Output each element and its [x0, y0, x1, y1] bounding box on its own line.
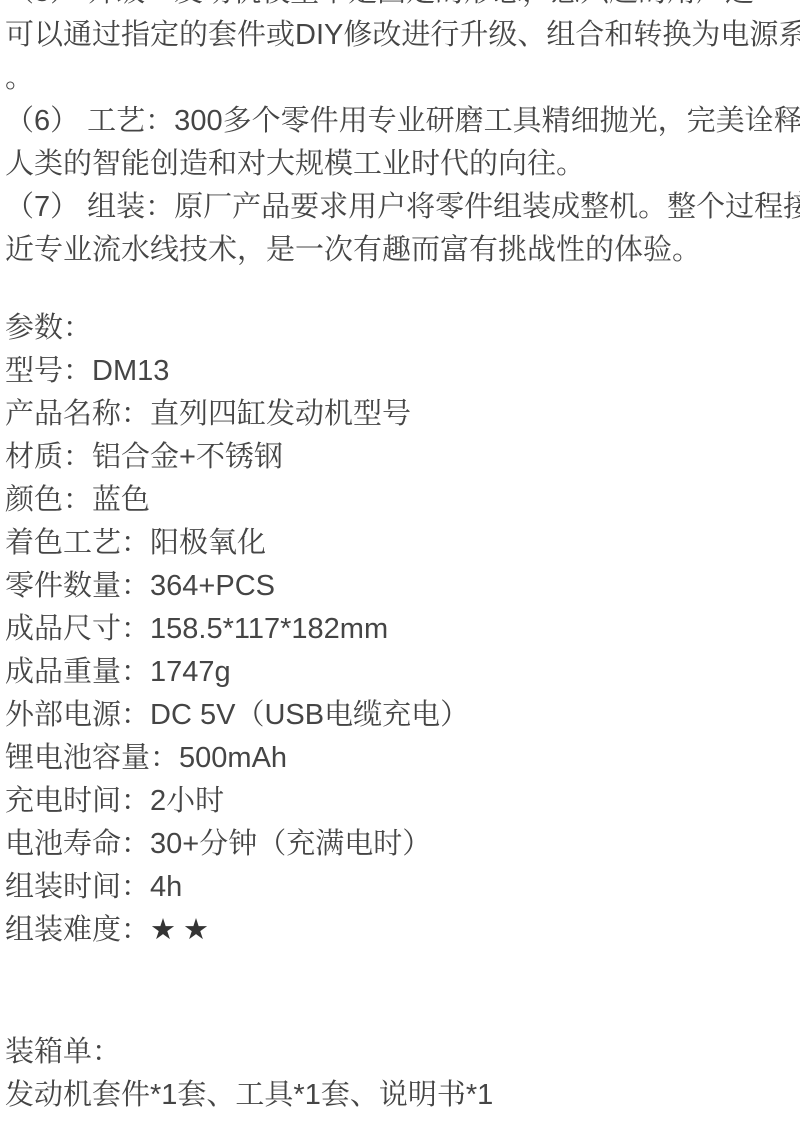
colon: ： — [121, 656, 150, 688]
param-value: 蓝色 — [92, 484, 150, 516]
spacer — [5, 272, 795, 307]
param-value: 364+PCS — [150, 570, 275, 602]
param-value: 直列四缸发动机型号 — [150, 398, 411, 430]
param-row-charge-time: 充电时间：2小时 — [5, 780, 795, 823]
colon: ： — [121, 785, 150, 817]
param-label: 成品尺寸 — [5, 613, 121, 645]
colon: ： — [121, 871, 150, 903]
colon: ： — [121, 699, 150, 731]
param-label: 着色工艺 — [5, 527, 121, 559]
param-label: 材质 — [5, 441, 63, 473]
param-label: 电池寿命 — [5, 828, 121, 860]
param-label: 锂电池容量 — [5, 742, 150, 774]
clipped-previous-line: （5） 升级：发动机模型不是固定的形态，感兴趣的用户还 — [5, 0, 795, 14]
param-value: 阳极氧化 — [150, 527, 266, 559]
param-value: 158.5*117*182mm — [150, 613, 388, 645]
colon: ： — [63, 484, 92, 516]
colon: ： — [121, 613, 150, 645]
param-row-battery-life: 电池寿命：30+分钟（充满电时） — [5, 823, 795, 866]
param-label: 颜色 — [5, 484, 63, 516]
packing-list-heading: 装箱单： — [5, 1031, 795, 1074]
description-line: 可以通过指定的套件或DIY修改进行升级、组合和转换为电源系统 — [5, 14, 795, 57]
colon: ： — [121, 398, 150, 430]
param-row-coloring-process: 着色工艺：阳极氧化 — [5, 522, 795, 565]
param-row-battery-capacity: 锂电池容量：500mAh — [5, 737, 795, 780]
param-label: 零件数量 — [5, 570, 121, 602]
product-description-page: （5） 升级：发动机模型不是固定的形态，感兴趣的用户还 可以通过指定的套件或DI… — [0, 0, 800, 1129]
param-row-assembly-time: 组装时间：4h — [5, 866, 795, 909]
param-label: 组装时间 — [5, 871, 121, 903]
param-value: 500mAh — [179, 742, 287, 774]
param-value: 4h — [150, 871, 182, 903]
param-row-size: 成品尺寸：158.5*117*182mm — [5, 608, 795, 651]
param-label: 成品重量 — [5, 656, 121, 688]
param-row-material: 材质：铝合金+不锈钢 — [5, 436, 795, 479]
difficulty-stars: ★★ — [150, 914, 216, 946]
param-value: 2小时 — [150, 785, 224, 817]
description-line-item7: （7） 组装：原厂产品要求用户将零件组装成整机。整个过程接 — [5, 186, 795, 229]
param-row-color: 颜色：蓝色 — [5, 479, 795, 522]
description-text-block: （5） 升级：发动机模型不是固定的形态，感兴趣的用户还 可以通过指定的套件或DI… — [0, 0, 800, 1117]
param-label: 组装难度 — [5, 914, 121, 946]
parameters-heading: 参数： — [5, 307, 795, 350]
param-row-model: 型号：DM13 — [5, 350, 795, 393]
param-row-assembly-difficulty: 组装难度：★★ — [5, 909, 795, 952]
colon: ： — [121, 570, 150, 602]
param-row-product-name: 产品名称：直列四缸发动机型号 — [5, 393, 795, 436]
param-label: 型号 — [5, 355, 63, 387]
colon: ： — [150, 742, 179, 774]
param-value: 铝合金+不锈钢 — [92, 441, 283, 473]
param-row-external-power: 外部电源：DC 5V（USB电缆充电） — [5, 694, 795, 737]
colon: ： — [63, 441, 92, 473]
colon: ： — [121, 828, 150, 860]
param-value: 30+分钟（充满电时） — [150, 828, 431, 860]
colon: ： — [121, 914, 150, 946]
description-line-item7-cont: 近专业流水线技术，是一次有趣而富有挑战性的体验。 — [5, 229, 795, 272]
param-value: DM13 — [92, 355, 169, 387]
param-value: 1747g — [150, 656, 231, 688]
description-line-item6: （6） 工艺：300多个零件用专业研磨工具精细抛光，完美诠释了 — [5, 100, 795, 143]
param-label: 充电时间 — [5, 785, 121, 817]
description-line-wrap-punctuation: 。 — [5, 57, 795, 100]
packing-list-items: 发动机套件*1套、工具*1套、说明书*1 — [5, 1074, 795, 1117]
param-row-parts-count: 零件数量：364+PCS — [5, 565, 795, 608]
description-line-item6-cont: 人类的智能创造和对大规模工业时代的向往。 — [5, 143, 795, 186]
param-value: DC 5V（USB电缆充电） — [150, 699, 469, 731]
param-label: 外部电源 — [5, 699, 121, 731]
colon: ： — [63, 355, 92, 387]
colon: ： — [121, 527, 150, 559]
param-label: 产品名称 — [5, 398, 121, 430]
spacer — [5, 952, 795, 1031]
param-row-weight: 成品重量：1747g — [5, 651, 795, 694]
